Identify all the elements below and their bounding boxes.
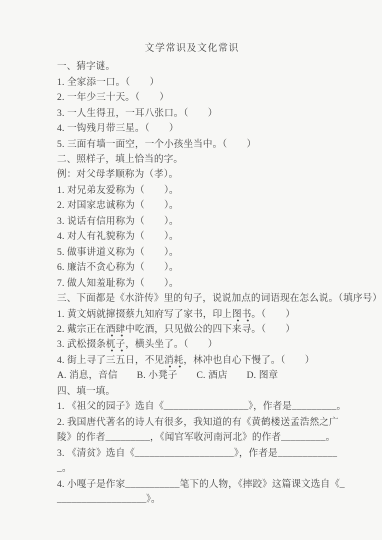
choice-options: A. 消息，音信B. 小凳子C. 酒店D. 图章 bbox=[57, 369, 349, 384]
dotted-word: 图书 bbox=[232, 310, 251, 322]
fill-blank-item-3: 3. 《清贫》选自《____________________》，作者是_____… bbox=[57, 447, 349, 478]
shuihu-sentence-3: 3. 武松掇条杌子，横头坐了。（ ） bbox=[57, 338, 349, 353]
dotted-word: 杌子 bbox=[106, 340, 125, 352]
section2-heading: 二、照样子，填上恰当的字。 bbox=[57, 153, 349, 168]
sentence-text: 4. 街上寻了三五日，不见 bbox=[57, 356, 164, 366]
fill-char-item-6: 6. 廉洁不贪心称为（ ）。 bbox=[57, 261, 349, 276]
sentence-text: ，林冲也自心下慢了。（ ） bbox=[184, 356, 315, 366]
choice-a: A. 消息，音信 bbox=[57, 371, 118, 381]
fill-char-item-4: 4. 对人有礼貌称为（ ）。 bbox=[57, 230, 349, 245]
fill-char-item-2: 2. 对国家忠诚称为（ ）。 bbox=[57, 199, 349, 214]
worksheet-page: 文学常识及文化常识 一、猜字谜。 1. 全家添一口。（ ） 2. 一年少三十天。… bbox=[0, 0, 382, 540]
fill-char-item-3: 3. 说话有信用称为（ ）。 bbox=[57, 215, 349, 230]
fill-blank-item-2: 2. 我国唐代著名的诗人有很多，我知道的有《黄鹤楼送孟浩然之广陵》的作者____… bbox=[57, 416, 349, 447]
riddle-item-5: 5. 三面有墙一面空，一个小孩坐当中。（ ） bbox=[57, 138, 349, 153]
sentence-text: 1. 黄文炳就撺掇蔡九知府写了家书，印上 bbox=[57, 310, 232, 320]
dotted-word: 酒肆 bbox=[106, 325, 125, 337]
shuihu-sentence-1: 1. 黄文炳就撺掇蔡九知府写了家书，印上图书。（ ） bbox=[57, 308, 349, 323]
section1-heading: 一、猜字谜。 bbox=[57, 60, 349, 75]
fill-blank-item-1: 1. 《祖父的园子》选自《_________________》，作者是_____… bbox=[57, 400, 349, 415]
riddle-item-1: 1. 全家添一口。（ ） bbox=[57, 76, 349, 91]
choice-d: D. 图章 bbox=[247, 371, 279, 381]
sentence-text: 中吃酒，只见做公的四下来寻。（ ） bbox=[125, 325, 295, 335]
shuihu-sentence-2: 2. 戴宗正在酒肆中吃酒，只见做公的四下来寻。（ ） bbox=[57, 323, 349, 338]
dotted-word: 消耗 bbox=[164, 356, 183, 368]
sentence-text: 2. 戴宗正在 bbox=[57, 325, 106, 335]
fill-char-item-1: 1. 对兄弟友爱称为（ ）。 bbox=[57, 184, 349, 199]
choice-c: C. 酒店 bbox=[197, 371, 228, 381]
sentence-text: 3. 武松掇条 bbox=[57, 340, 106, 350]
shuihu-sentence-4: 4. 街上寻了三五日，不见消耗，林冲也自心下慢了。（ ） bbox=[57, 354, 349, 369]
riddle-item-3: 3. 一人生得丑，一耳八张口。（ ） bbox=[57, 107, 349, 122]
riddle-item-4: 4. 一钩残月带三星。（ ） bbox=[57, 122, 349, 137]
choice-b: B. 小凳子 bbox=[137, 371, 178, 381]
sentence-text: 。（ ） bbox=[251, 310, 295, 320]
fill-char-item-7: 7. 做人知羞耻称为（ ）。 bbox=[57, 277, 349, 292]
section3-heading: 三、下面都是《水浒传》里的句子，说说加点的词语现在怎么说。（填序号） bbox=[57, 292, 349, 307]
section2-example: 例：对父母孝顺称为（孝）。 bbox=[57, 168, 349, 183]
fill-char-item-5: 5. 做事讲道义称为（ ）。 bbox=[57, 246, 349, 261]
sentence-text: ，横头坐了。（ ） bbox=[125, 340, 217, 350]
riddle-item-2: 2. 一年少三十天。（ ） bbox=[57, 91, 349, 106]
fill-blank-item-4: 4. 小嘎子是作家___________笔下的人物，《摔跤》这篇课文选自《___… bbox=[57, 478, 349, 509]
section4-heading: 四、填一填。 bbox=[57, 385, 349, 400]
page-title: 文学常识及文化常识 bbox=[35, 42, 349, 57]
